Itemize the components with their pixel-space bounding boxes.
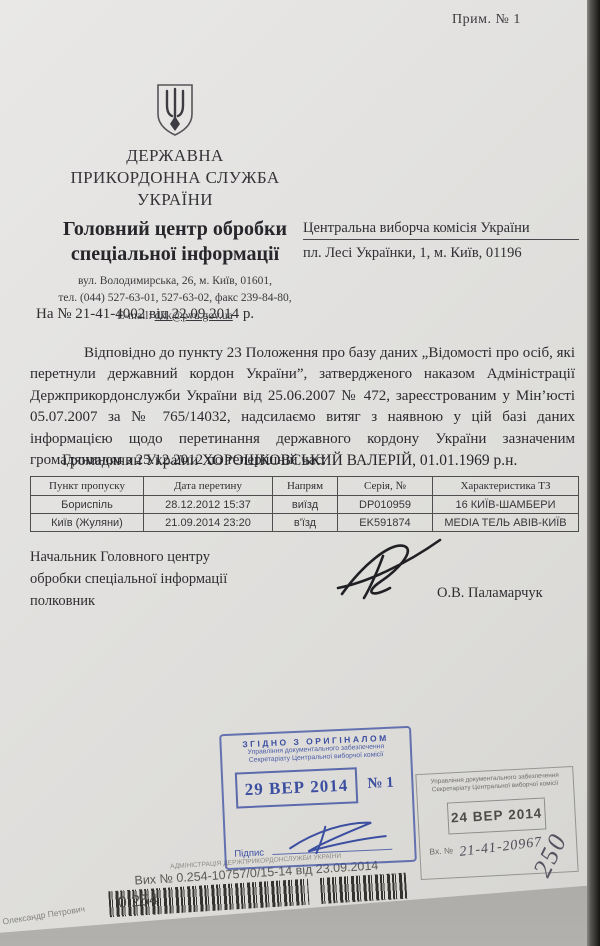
cell-checkpoint: Бориспіль: [31, 496, 144, 514]
handwritten-signature: [328, 536, 448, 613]
copy-number-note: Прим. № 1: [452, 12, 521, 28]
col-header-series: Серія, №: [338, 477, 433, 496]
paper-sheet: Прим. № 1 ДЕРЖАВНА ПРИКОРДОННА СЛУЖБА: [0, 0, 590, 946]
cell-date: 21.09.2014 23:20: [144, 514, 273, 532]
col-header-direction: Напрям: [273, 477, 338, 496]
stamp-left-copy-number: № 1: [367, 775, 394, 793]
cell-series: DP010959: [338, 496, 433, 514]
certified-copy-stamp: ЗГІДНО З ОРИГІНАЛОМ Управління документа…: [219, 726, 417, 870]
table-row: Київ (Жуляни) 21.09.2014 23:20 в'їзд EK5…: [31, 514, 579, 532]
signer-name: О.В. Паламарчук: [437, 585, 543, 602]
letterhead: ДЕРЖАВНА ПРИКОРДОННА СЛУЖБА УКРАЇНИ Голо…: [28, 84, 322, 325]
address-line-2: тел. (044) 527-63-01, 527-63-02, факс 23…: [28, 290, 322, 307]
border-crossings-table: Пункт пропуску Дата перетину Напрям Сері…: [30, 476, 579, 532]
signer-title-line-1: Начальник Головного центру: [30, 547, 227, 569]
stamp-left-date-box: 29 ВЕР 2014: [235, 767, 358, 808]
cell-vehicle: MEDIA ТЕЛЬ АВІВ-КИЇВ: [433, 514, 579, 532]
org-name-line-3: УКРАЇНИ: [28, 189, 322, 211]
cell-date: 28.12.2012 15:37: [144, 496, 273, 514]
table-row: Бориспіль 28.12.2012 15:37 виїзд DP01095…: [31, 496, 579, 514]
stamp-right-in-label: Вх. №: [429, 845, 453, 856]
reference-line: На № 21-41-4002 від 22.09.2014 р.: [36, 306, 254, 323]
trident-emblem-icon: [155, 84, 195, 141]
barcode-segment: [320, 873, 407, 904]
bottom-left-number: 0.254: [117, 891, 158, 912]
center-name-line-1: Головний центр обробки: [28, 217, 322, 241]
stamp-left-sign-label: Підпис: [234, 847, 264, 859]
org-name-line-1: ДЕРЖАВНА: [28, 145, 322, 167]
org-name-line-2: ПРИКОРДОННА СЛУЖБА: [28, 167, 322, 189]
stamp-left-handwritten-signature: [285, 814, 397, 864]
cell-direction: в'їзд: [273, 514, 338, 532]
table-header-row: Пункт пропуску Дата перетину Напрям Сері…: [31, 477, 579, 496]
cell-series: EK591874: [338, 514, 433, 532]
signer-title-line-3: полковник: [30, 591, 227, 613]
cell-checkpoint: Київ (Жуляни): [31, 514, 144, 532]
col-header-vehicle: Характеристика ТЗ: [433, 477, 579, 496]
address-line-1: вул. Володимирська, 26, м. Київ, 01601,: [28, 273, 322, 290]
signature-title-block: Начальник Головного центру обробки спеці…: [30, 547, 227, 612]
center-name-line-2: спеціальної інформації: [28, 242, 322, 266]
recipient-address: пл. Лесі Українки, 1, м. Київ, 01196: [303, 245, 579, 262]
stamp-right-date-box: 24 ВЕР 2014: [447, 797, 547, 834]
cell-vehicle: 16 КИЇВ-ШАМБЕРИ: [433, 496, 579, 514]
col-header-date: Дата перетину: [144, 477, 273, 496]
cell-direction: виїзд: [273, 496, 338, 514]
col-header-checkpoint: Пункт пропуску: [31, 477, 144, 496]
subject-citizen-line: Громадянин України ХОРОШКОВСЬКИЙ ВАЛЕРІЙ…: [62, 452, 517, 470]
stamp-right-incoming-number: 21-41-20967: [459, 834, 544, 860]
signer-title-line-2: обробки спеціальної інформації: [30, 569, 227, 591]
document-photo: Прим. № 1 ДЕРЖАВНА ПРИКОРДОННА СЛУЖБА: [0, 0, 600, 946]
photo-edge-shadow: [587, 0, 600, 946]
recipient-block: Центральна виборча комісія України пл. Л…: [303, 220, 579, 262]
recipient-name: Центральна виборча комісія України: [303, 220, 579, 240]
